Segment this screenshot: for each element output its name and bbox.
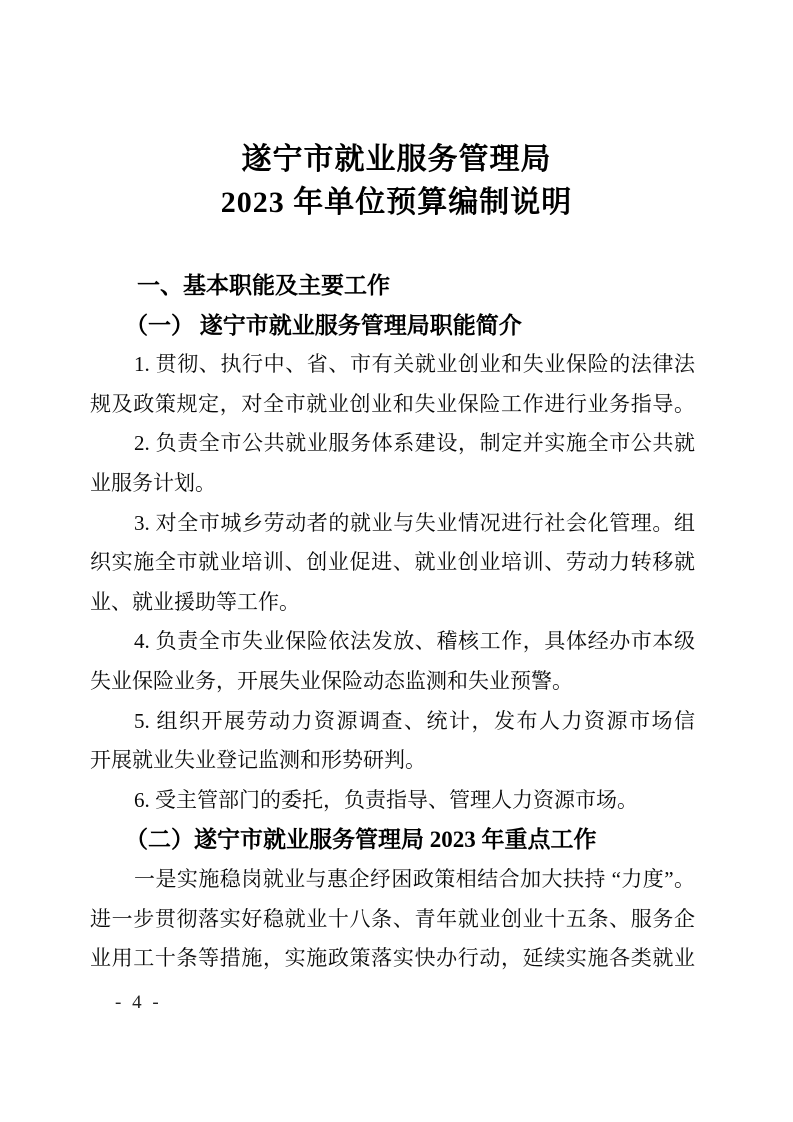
subsection-heading-1: （一） 遂宁市就业服务管理局职能简介 bbox=[90, 306, 695, 346]
para-3-line-3: 业、就业援助等工作。 bbox=[90, 583, 695, 623]
para-2-line-1: 2. 负责全市公共就业服务体系建设，制定并实施全市公共就 bbox=[90, 424, 695, 464]
document-title: 遂宁市就业服务管理局 2023 年单位预算编制说明 bbox=[0, 138, 793, 224]
page-number: - 4 - bbox=[115, 993, 162, 1013]
para-7-line-1: 一是实施稳岗就业与惠企纾困政策相结合加大扶持 “力度”。 bbox=[90, 860, 695, 900]
title-line-1: 遂宁市就业服务管理局 bbox=[0, 138, 793, 181]
para-2-line-2: 业服务计划。 bbox=[90, 464, 695, 504]
para-1-line-1: 1. 贯彻、执行中、省、市有关就业创业和失业保险的法律法 bbox=[90, 345, 695, 385]
para-3-line-1: 3. 对全市城乡劳动者的就业与失业情况进行社会化管理。组 bbox=[90, 504, 695, 544]
subsection-heading-2: （二）遂宁市就业服务管理局 2023 年重点工作 bbox=[90, 820, 695, 860]
para-5-line-1: 5. 组织开展劳动力资源调查、统计，发布人力资源市场信息， bbox=[90, 702, 695, 742]
title-line-2: 2023 年单位预算编制说明 bbox=[0, 181, 793, 224]
para-1-line-2: 规及政策规定，对全市就业创业和失业保险工作进行业务指导。 bbox=[90, 385, 695, 425]
document-page: 遂宁市就业服务管理局 2023 年单位预算编制说明 一、基本职能及主要工作 （一… bbox=[0, 0, 793, 1122]
document-body: 一、基本职能及主要工作 （一） 遂宁市就业服务管理局职能简介 1. 贯彻、执行中… bbox=[90, 266, 695, 979]
para-6-line-1: 6. 受主管部门的委托，负责指导、管理人力资源市场。 bbox=[90, 781, 695, 821]
para-4-line-2: 失业保险业务，开展失业保险动态监测和失业预警。 bbox=[90, 662, 695, 702]
para-7-line-3: 业用工十条等措施，实施政策落实快办行动，延续实施各类就业 bbox=[90, 939, 695, 979]
section-heading-1: 一、基本职能及主要工作 bbox=[90, 266, 695, 306]
para-7-line-2: 进一步贯彻落实好稳就业十八条、青年就业创业十五条、服务企 bbox=[90, 900, 695, 940]
para-4-line-1: 4. 负责全市失业保险依法发放、稽核工作，具体经办市本级 bbox=[90, 622, 695, 662]
para-5-line-2: 开展就业失业登记监测和形势研判。 bbox=[90, 741, 695, 781]
para-3-line-2: 织实施全市就业培训、创业促进、就业创业培训、劳动力转移就 bbox=[90, 543, 695, 583]
